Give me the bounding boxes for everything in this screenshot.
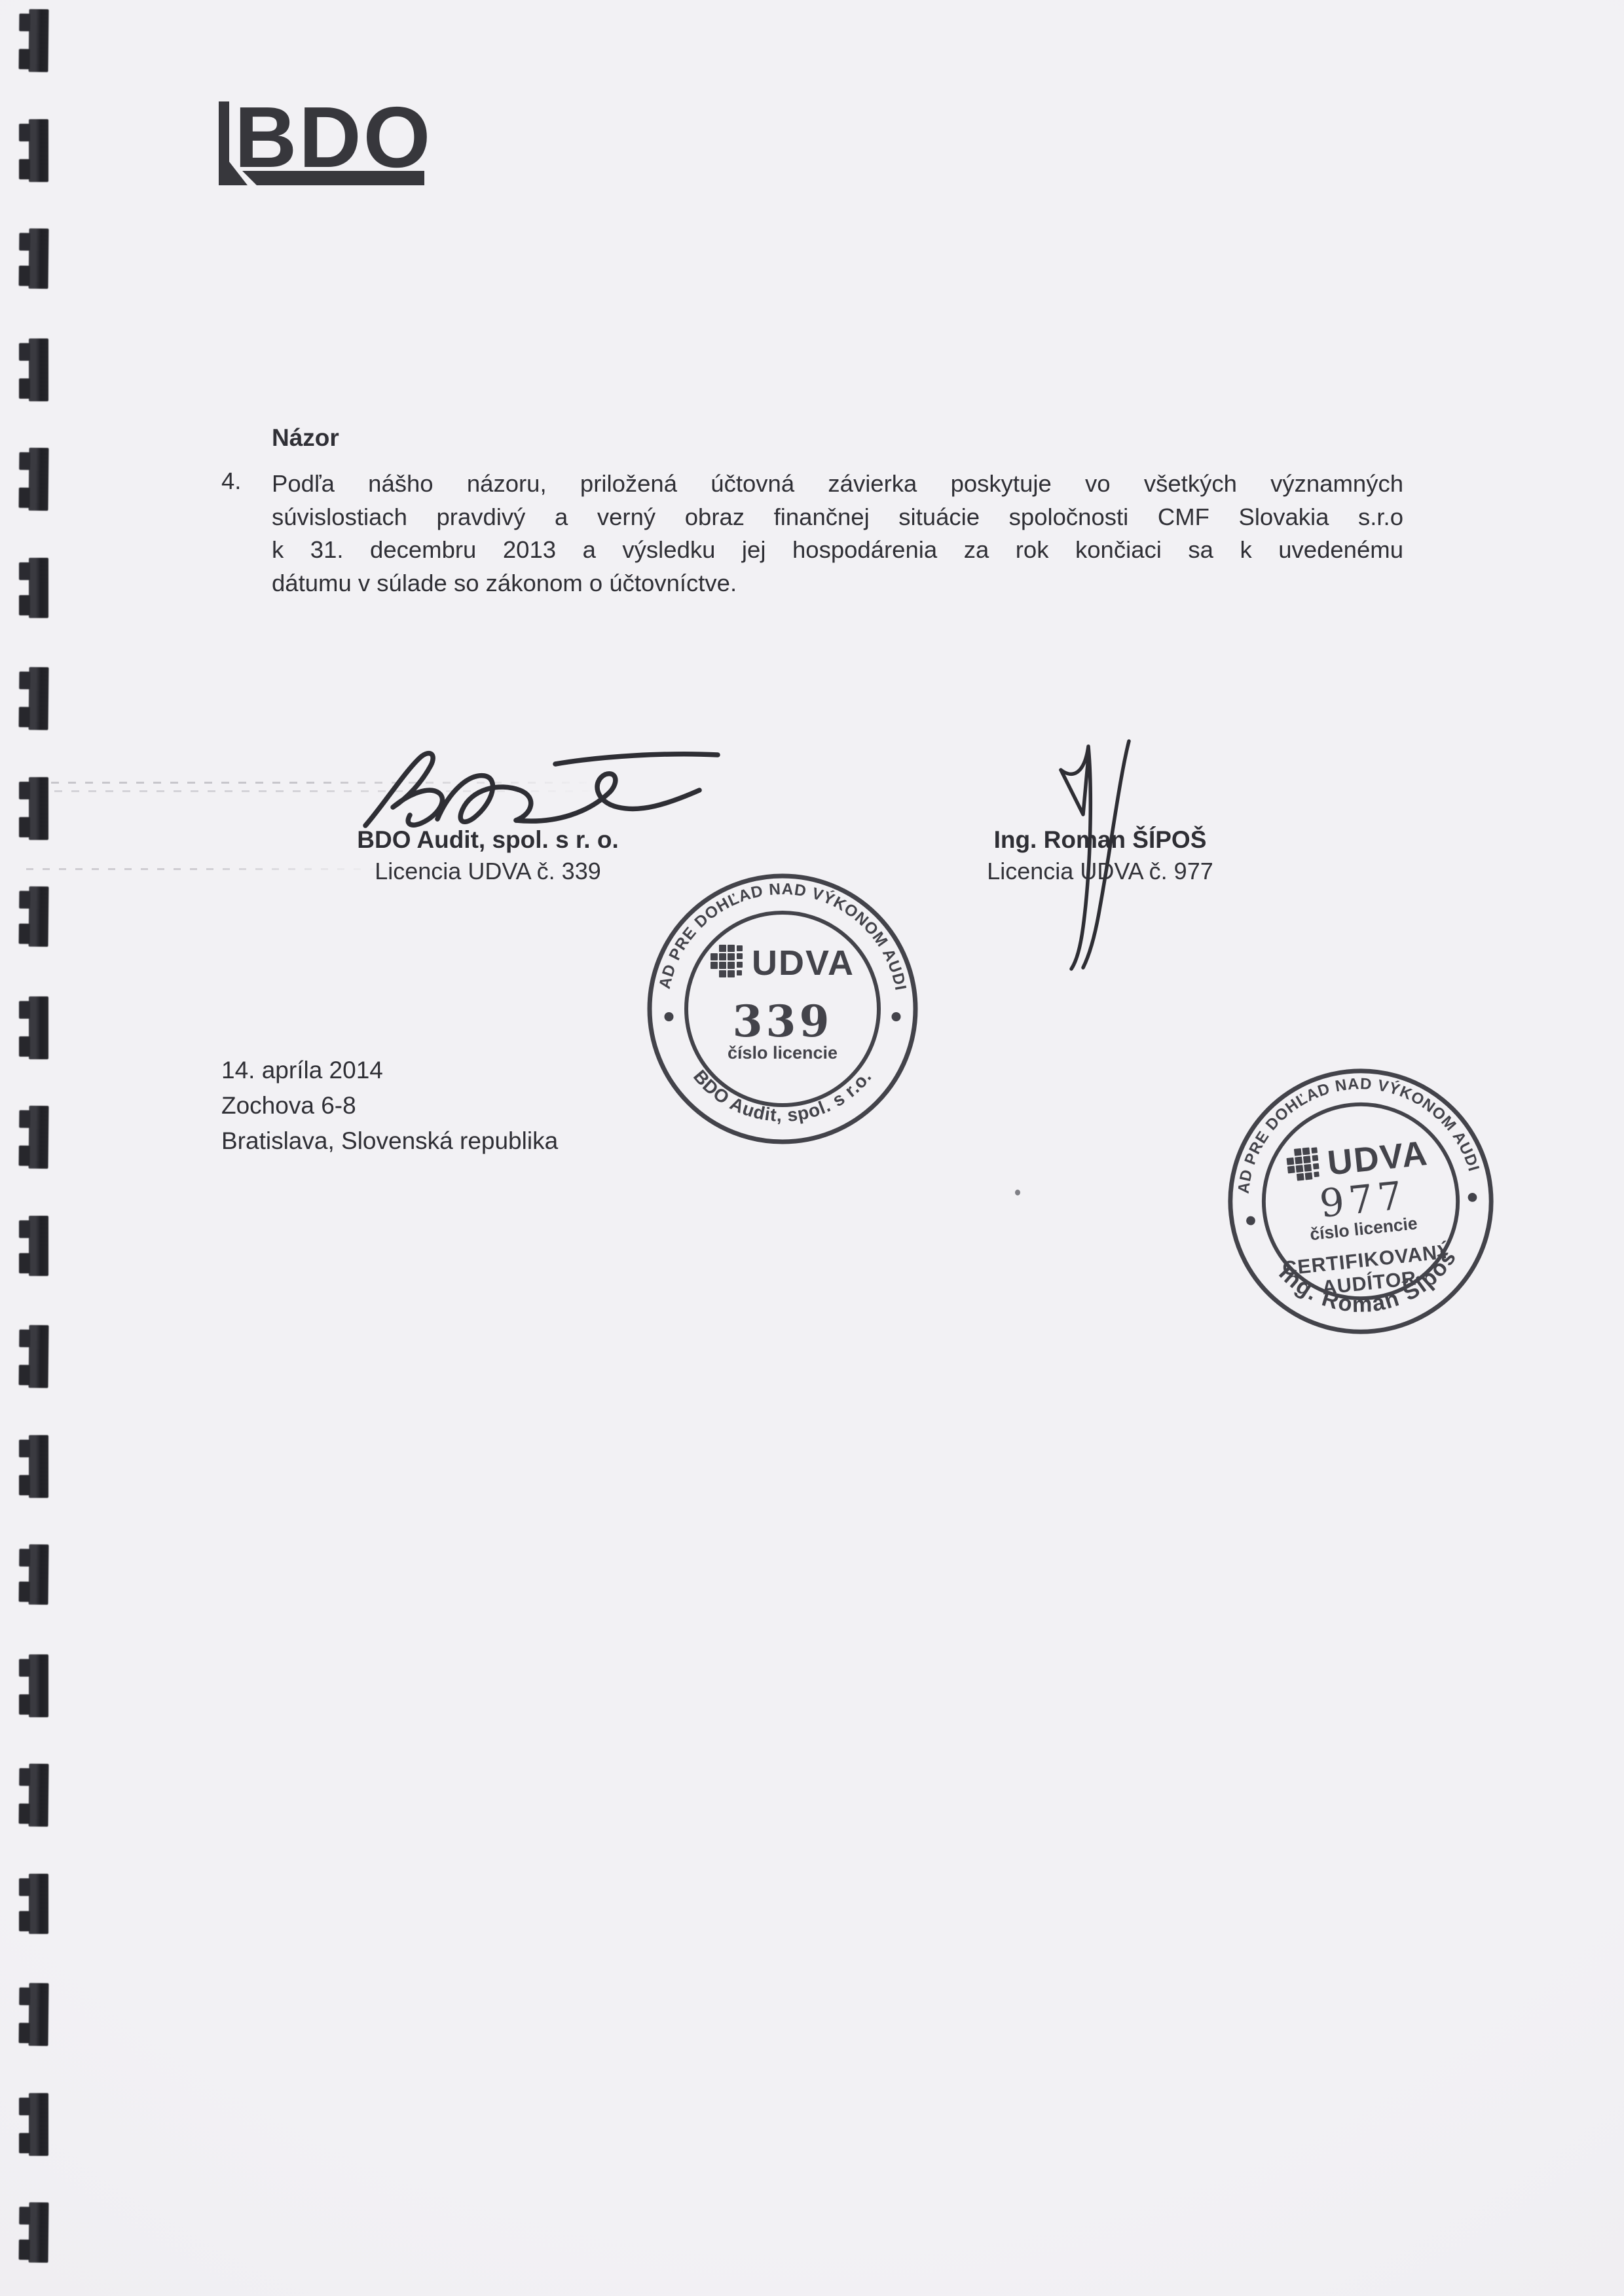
udva-logo-icon bbox=[710, 945, 743, 977]
opinion-line: súvislostiach pravdivý a verný obraz fin… bbox=[272, 501, 1403, 534]
binding-mark bbox=[29, 228, 49, 289]
binding-mark bbox=[29, 1216, 48, 1276]
binding-mark bbox=[29, 1435, 48, 1498]
binding-mark bbox=[28, 1983, 48, 2046]
udva-logo-icon bbox=[1285, 1146, 1320, 1182]
binding-mark bbox=[28, 1764, 48, 1827]
bdo-logo: BDO bbox=[216, 101, 432, 194]
stamp-holder-text: BDO Audit, spol. s r.o. bbox=[690, 1066, 876, 1125]
binding-mark bbox=[29, 1654, 48, 1717]
signatory-right-licence: Licencia UDVA č. 977 bbox=[897, 856, 1303, 886]
address-street: Zochova 6-8 bbox=[221, 1088, 558, 1123]
scanned-page: BDO Názor 4. Podľa nášho názoru, prilože… bbox=[0, 0, 1624, 2296]
stamp-udva-label: UDVA bbox=[752, 943, 855, 983]
svg-text:BDO Audit, spol. s r.o.: BDO Audit, spol. s r.o. bbox=[690, 1066, 876, 1125]
signature-stroke bbox=[365, 754, 443, 826]
ring-dot-right bbox=[892, 1012, 901, 1021]
binding-mark bbox=[29, 2202, 49, 2263]
signature-stroke bbox=[555, 754, 718, 764]
binding-mark bbox=[29, 558, 48, 618]
opinion-line: Podľa nášho názoru, priložená účtovná zá… bbox=[272, 467, 1403, 501]
binding-mark bbox=[28, 667, 48, 730]
report-date: 14. apríla 2014 bbox=[221, 1053, 558, 1088]
binding-mark bbox=[29, 1544, 49, 1605]
ring-dot-right bbox=[1467, 1192, 1477, 1202]
ring-dot-left bbox=[1246, 1216, 1255, 1226]
signatory-left-licence: Licencia UDVA č. 339 bbox=[285, 856, 691, 886]
binding-mark bbox=[29, 2093, 48, 2156]
opinion-line: dátumu v súlade so zákonom o účtovníctve… bbox=[272, 567, 1403, 600]
signatory-left: BDO Audit, spol. s r. o. Licencia UDVA č… bbox=[285, 825, 691, 886]
signature-stroke bbox=[516, 774, 699, 821]
signature-stroke bbox=[437, 776, 531, 822]
binding-mark bbox=[28, 1325, 48, 1388]
binding-mark bbox=[29, 338, 48, 401]
opinion-heading: Názor bbox=[272, 424, 339, 452]
stamp-licence-caption: číslo licencie bbox=[728, 1043, 838, 1063]
binding-mark bbox=[29, 1874, 48, 1934]
opinion-line: k 31. decembru 2013 a výsledku jej hospo… bbox=[272, 534, 1403, 567]
binding-mark bbox=[29, 886, 49, 947]
date-block: 14. apríla 2014 Zochova 6-8 Bratislava, … bbox=[221, 1053, 558, 1159]
address-city: Bratislava, Slovenská republika bbox=[221, 1123, 558, 1159]
signatory-left-name: BDO Audit, spol. s r. o. bbox=[285, 825, 691, 855]
binding-mark bbox=[29, 996, 48, 1059]
paper-speck bbox=[1015, 1190, 1020, 1195]
ring-dot-left bbox=[665, 1012, 674, 1021]
binding-mark bbox=[29, 777, 48, 840]
binding-mark bbox=[28, 448, 48, 511]
binding-mark bbox=[28, 9, 48, 72]
binding-mark bbox=[29, 119, 48, 182]
stamp-licence-number: 339 bbox=[733, 996, 833, 1047]
opinion-paragraph-lines: Podľa nášho názoru, priložená účtovná zá… bbox=[272, 467, 1403, 600]
signatory-right: Ing. Roman ŠÍPOŠ Licencia UDVA č. 977 bbox=[897, 825, 1303, 886]
binding-mark bbox=[28, 1106, 48, 1169]
bdo-logo-text: BDO bbox=[234, 101, 432, 185]
stamp-udva-977: ÚRAD PRE DOHĽAD NAD VÝKONOM AUDITU UDVA … bbox=[1213, 1053, 1509, 1350]
opinion-paragraph: 4. Podľa nášho názoru, priložená účtovná… bbox=[221, 467, 1405, 600]
signatory-right-name: Ing. Roman ŠÍPOŠ bbox=[897, 825, 1303, 855]
opinion-item-number: 4. bbox=[221, 467, 241, 495]
stamp-udva-339: ÚRAD PRE DOHĽAD NAD VÝKONOM AUDITU UDVA … bbox=[645, 871, 920, 1146]
